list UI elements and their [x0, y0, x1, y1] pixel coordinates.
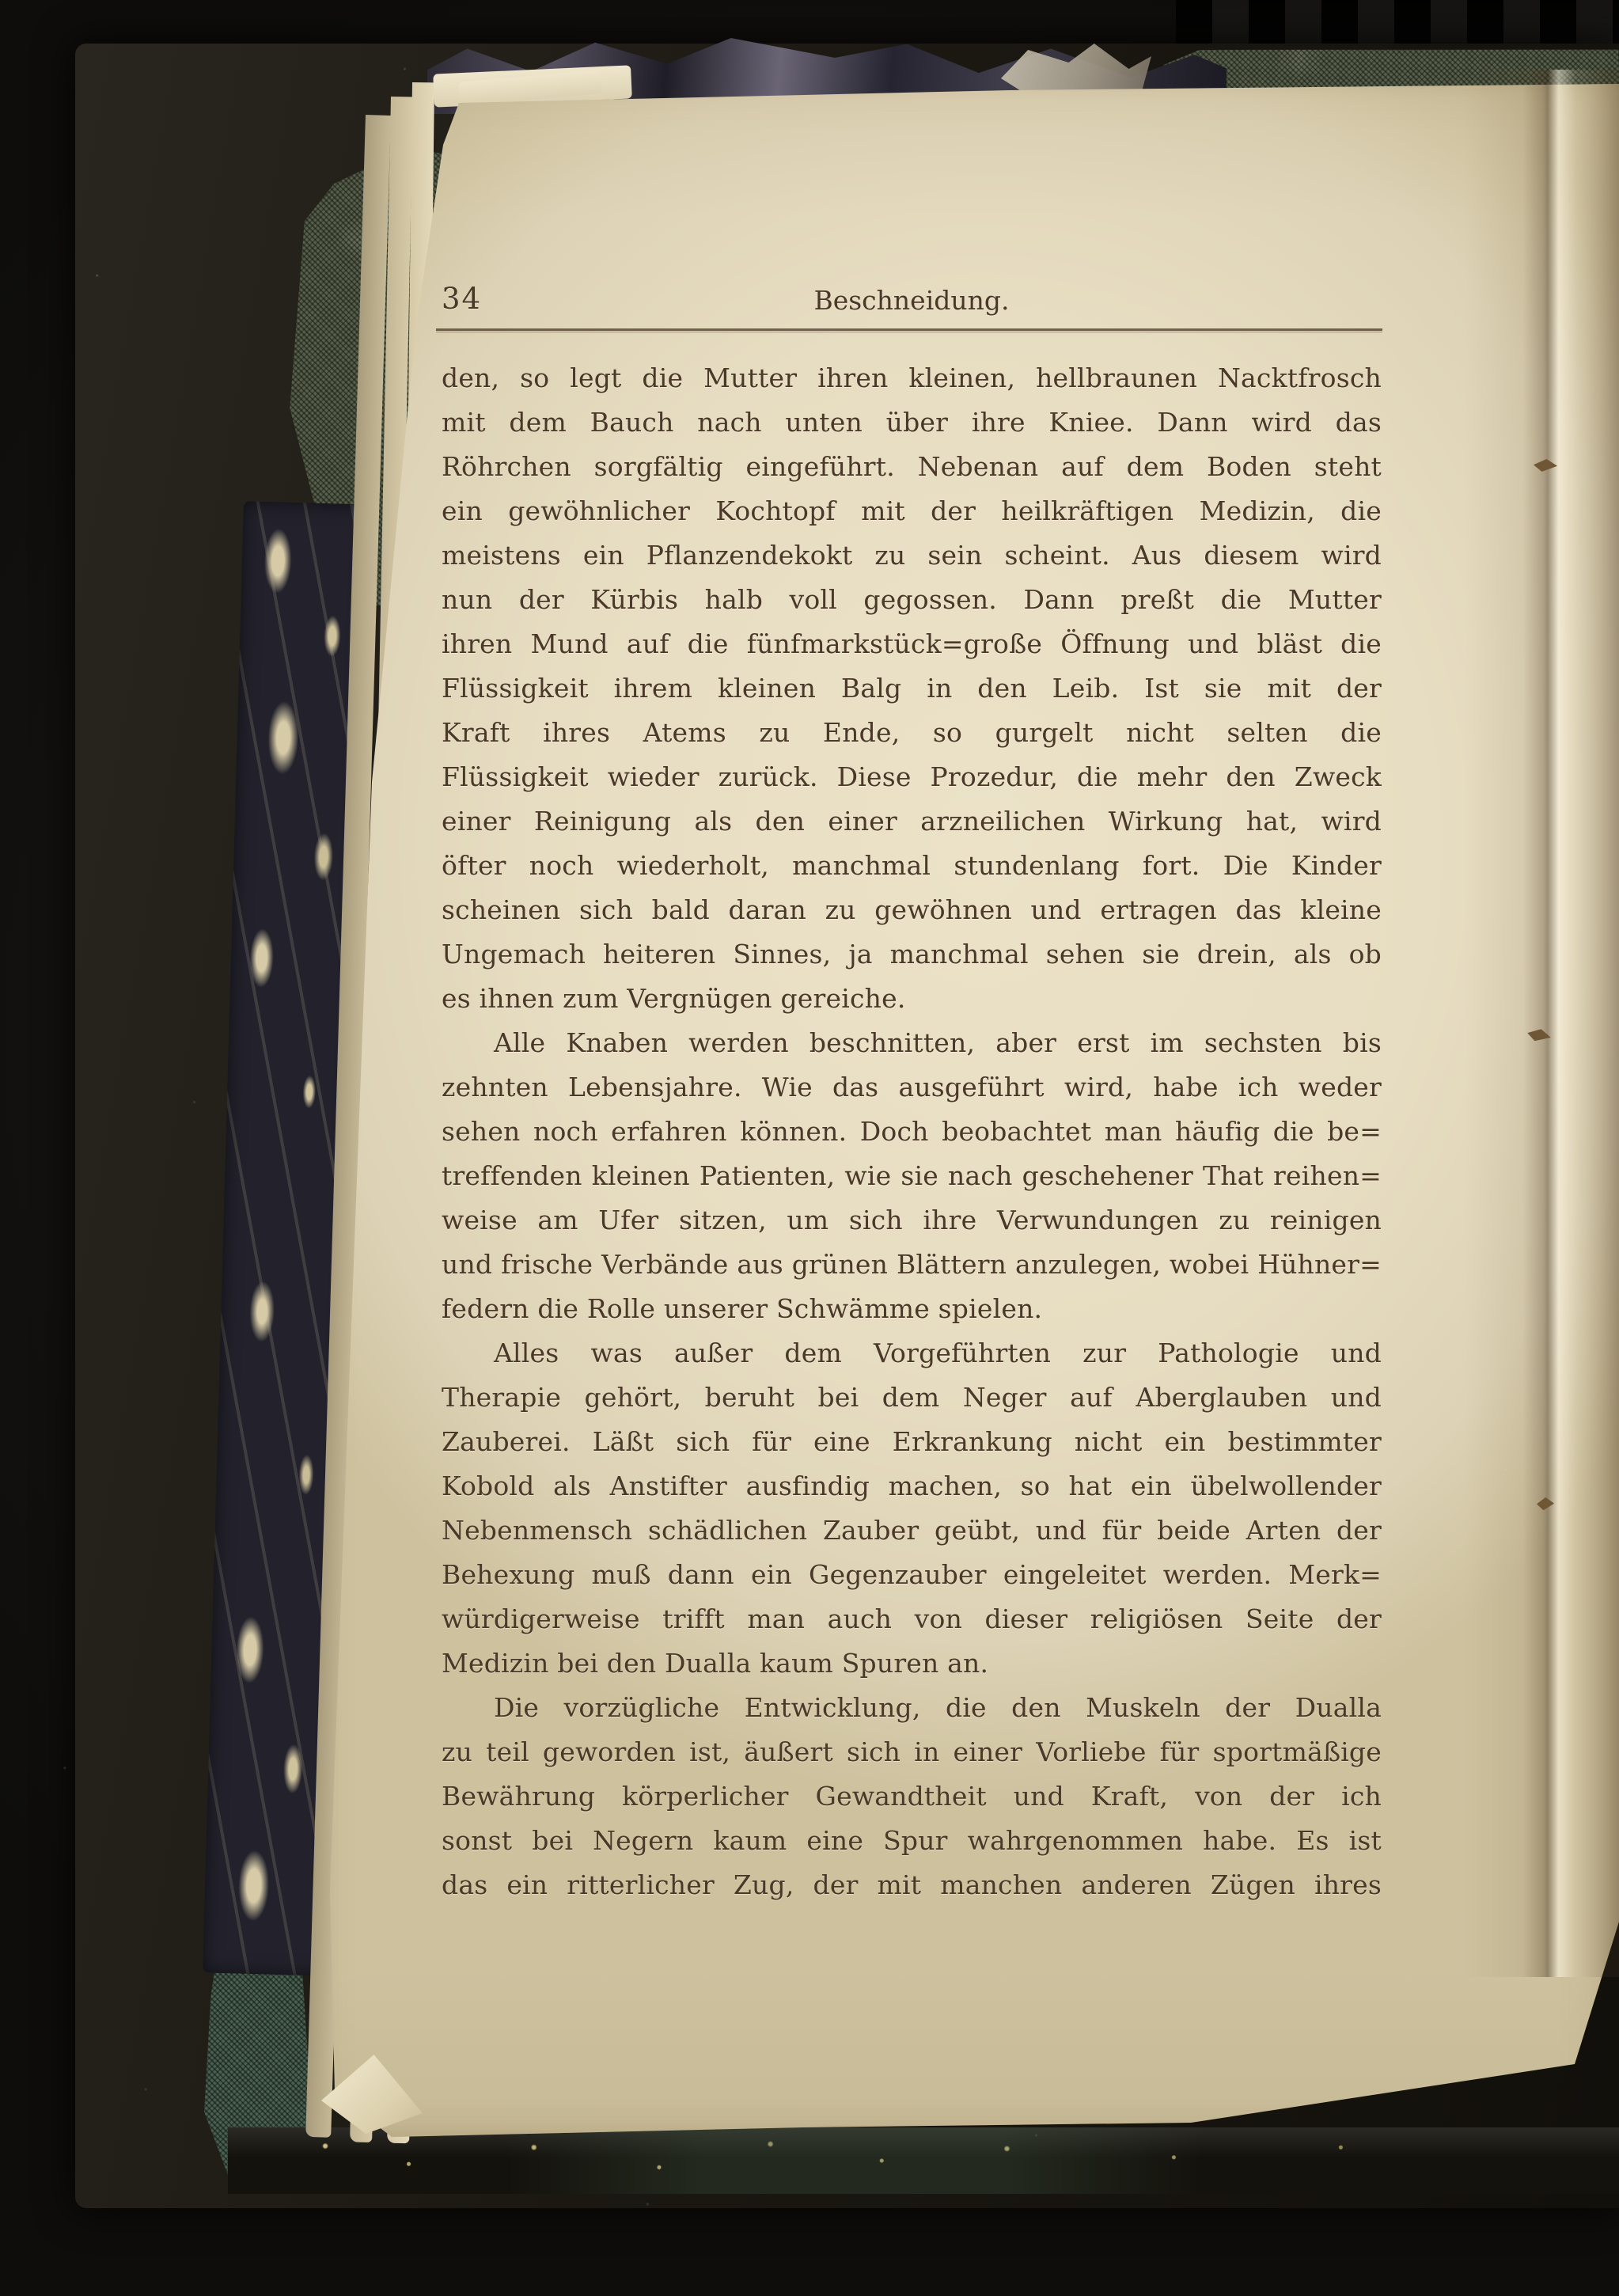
text-line: Flüssigkeit ihrem kleinen Balg in den Le… [442, 666, 1382, 711]
scanned-book-photo: 34 Beschneidung. den, so legt die Mutter… [0, 0, 1619, 2296]
text-line: federn die Rolle unserer Schwämme spiele… [442, 1287, 1382, 1331]
text-line: ein gewöhnlicher Kochtopf mit der heilkr… [442, 489, 1382, 533]
text-line: Ungemach heiteren Sinnes, ja manchmal se… [442, 932, 1382, 977]
text-line: öfter noch wiederholt, manchmal stundenl… [442, 844, 1382, 888]
text-line: und frische Verbände aus grünen Blättern… [442, 1243, 1382, 1287]
text-line: ihren Mund auf die fünfmarkstück=große Ö… [442, 622, 1382, 666]
text-line: Zauberei. Läßt sich für eine Erkrankung … [442, 1420, 1382, 1464]
text-line: Nebenmensch schädlichen Zauber geübt, un… [442, 1509, 1382, 1553]
running-header: Beschneidung. [442, 285, 1382, 316]
text-line: Flüssigkeit wieder zurück. Diese Prozedu… [442, 755, 1382, 799]
page-content: 34 Beschneidung. den, so legt die Mutter… [0, 0, 1619, 2296]
text-line: mit dem Bauch nach unten über ihre Kniee… [442, 400, 1382, 445]
text-line: Medizin bei den Dualla kaum Spuren an. [442, 1641, 1382, 1686]
text-line: sonst bei Negern kaum eine Spur wahrgeno… [442, 1819, 1382, 1863]
text-line: würdigerweise trifft man auch von dieser… [442, 1597, 1382, 1641]
text-line: Röhrchen sorgfältig eingeführt. Nebenan … [442, 445, 1382, 489]
text-line: es ihnen zum Vergnügen gereiche. [442, 977, 1382, 1021]
text-line: Bewährung körperlicher Gewandtheit und K… [442, 1774, 1382, 1819]
header-rule [436, 328, 1382, 331]
text-line: Die vorzügliche Entwicklung, die den Mus… [442, 1686, 1382, 1730]
text-line: weise am Ufer sitzen, um sich ihre Verwu… [442, 1198, 1382, 1243]
text-line: Alles was außer dem Vorgeführten zur Pat… [442, 1331, 1382, 1376]
text-line: Therapie gehört, beruht bei dem Neger au… [442, 1376, 1382, 1420]
text-line: Alle Knaben werden beschnitten, aber ers… [442, 1021, 1382, 1065]
text-line: das ein ritterlicher Zug, der mit manche… [442, 1863, 1382, 1907]
text-line: einer Reinigung als den einer arzneilich… [442, 799, 1382, 844]
text-line: Behexung muß dann ein Gegenzauber eingel… [442, 1553, 1382, 1597]
text-line: meistens ein Pflanzendekokt zu sein sche… [442, 533, 1382, 578]
body-text: den, so legt die Mutter ihren kleinen, h… [442, 356, 1382, 1907]
text-line: den, so legt die Mutter ihren kleinen, h… [442, 356, 1382, 400]
text-line: Kraft ihres Atems zu Ende, so gurgelt ni… [442, 711, 1382, 755]
text-line: Kobold als Anstifter ausfindig machen, s… [442, 1464, 1382, 1509]
text-line: treffenden kleinen Patienten, wie sie na… [442, 1154, 1382, 1198]
text-line: sehen noch erfahren können. Doch beobach… [442, 1110, 1382, 1154]
text-line: zehnten Lebensjahre. Wie das ausgeführt … [442, 1065, 1382, 1110]
text-line: nun der Kürbis halb voll gegossen. Dann … [442, 578, 1382, 622]
text-line: scheinen sich bald daran zu gewöhnen und… [442, 888, 1382, 932]
text-line: zu teil geworden ist, äußert sich in ein… [442, 1730, 1382, 1774]
